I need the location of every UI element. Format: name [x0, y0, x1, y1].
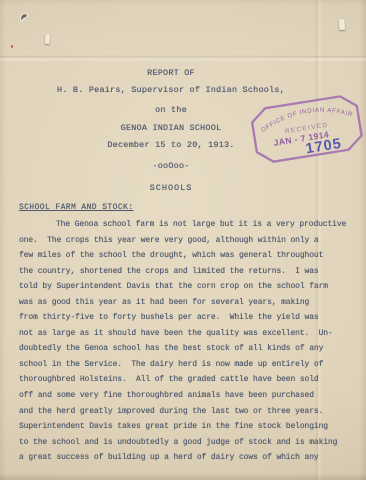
received-stamp: OFFICE OF INDIAN AFFAIRS RECEIVED JAN - … [249, 93, 365, 167]
body-line: off and some very fine thoroughbred anim… [19, 388, 349, 404]
scanned-document-page: REPORT OF H. B. Peairs, Supervisor of In… [0, 0, 366, 480]
body-section-heading: SCHOOL FARM AND STOCK: [19, 203, 133, 212]
body-line: a great success of building up a herd of… [19, 450, 349, 466]
report-title: REPORT OF [0, 65, 342, 82]
paper-speck [11, 45, 13, 48]
fastener-hole-right [339, 19, 346, 30]
body-line: the country, shortened the crops and lim… [19, 264, 349, 280]
body-line: from thirty-five to forty bushels per ac… [19, 310, 349, 326]
body-line: The Genoa school farm is not large but i… [19, 217, 349, 233]
body-line: was as good this year as it had been for… [19, 295, 349, 311]
body-line: one. The crops this year were very good,… [19, 233, 349, 249]
body-line: not as large as it should have been the … [19, 326, 349, 342]
body-line: thoroughbred Holsteins. All of the grade… [19, 372, 349, 388]
body-line: doubtedly the Genoa school has the best … [19, 341, 349, 357]
section-title: SCHOOLS [0, 180, 342, 197]
body-line: school in the Service. The dairy herd is… [19, 357, 349, 373]
body-line: few miles of the school the drought, whi… [19, 248, 349, 264]
document-body: SCHOOL FARM AND STOCK: The Genoa school … [19, 196, 349, 466]
fastener-hole-left [45, 34, 51, 44]
staple-mark [19, 11, 30, 24]
body-paragraph: The Genoa school farm is not large but i… [19, 217, 349, 466]
body-line: told by Superintendent Davis that the co… [19, 279, 349, 295]
body-line: Superintendent Davis takes great pride i… [19, 419, 349, 435]
body-line: and the herd greatly improved during the… [19, 404, 349, 420]
body-line: to the school and is undoubtedly a good … [19, 435, 349, 451]
